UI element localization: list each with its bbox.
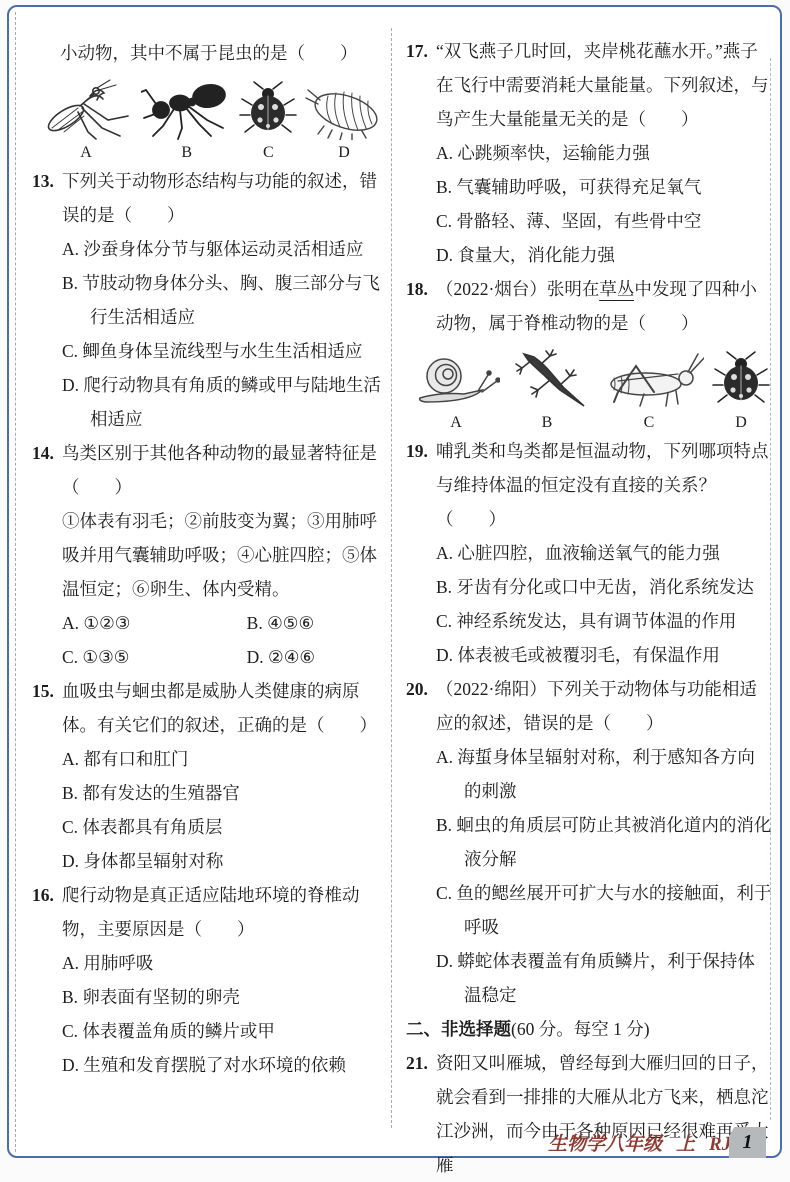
question-number: 17. <box>406 34 436 272</box>
option-c: C. 体表覆盖角质的鳞片或甲 <box>62 1014 386 1048</box>
option-a: A. 心脏四腔，血液输送氧气的能力强 <box>436 536 772 570</box>
figure-label: A <box>38 142 134 164</box>
option-b: B. ④⑤⑥ <box>247 606 386 640</box>
option-c: C. 骨骼轻、薄、坚固，有些骨中空 <box>436 204 772 238</box>
question-number: 19. <box>406 434 436 672</box>
question-stem: 爬行动物是真正适应陆地环境的脊椎动物，主要原因是（ ） <box>62 878 386 946</box>
ladybug-image <box>239 80 297 140</box>
option-c: C. 鲫鱼身体呈流线型与水生生活相适应 <box>62 334 386 368</box>
question-number: 18. <box>406 272 436 340</box>
option-a: A. ①②③ <box>62 606 247 640</box>
option-d: D. ②④⑥ <box>247 640 386 674</box>
option-a: A. 海蜇身体呈辐射对称，利于感知各方向的刺激 <box>436 740 772 808</box>
section-title: 二、非选择题 <box>406 1019 511 1039</box>
gecko-image <box>508 348 586 410</box>
question-stem: 鸟类区别于其他各种动物的最显著特征是（ ） <box>62 436 386 504</box>
page-number: 1 <box>743 1131 753 1153</box>
question-16: 16. 爬行动物是真正适应陆地环境的脊椎动物，主要原因是（ ） A. 用肺呼吸 … <box>32 878 386 1082</box>
question-number: 15. <box>32 674 62 878</box>
question-14: 14. 鸟类区别于其他各种动物的最显著特征是（ ） ①体表有羽毛；②前肢变为翼；… <box>32 436 386 674</box>
question-stem: 下列关于动物形态结构与功能的叙述，错误的是（ ） <box>62 164 386 232</box>
ladybug-image <box>712 350 770 410</box>
figure-woodlouse: D <box>304 82 384 164</box>
question-number: 16. <box>32 878 62 1082</box>
option-c: C. 神经系统发达，具有调节体温的作用 <box>436 604 772 638</box>
grasshopper-image <box>594 350 704 410</box>
mantis-image <box>38 78 134 140</box>
option-b: B. 节肢动物身体分头、胸、腹三部分与飞行生活相适应 <box>62 266 386 334</box>
question-stem: 哺乳类和鸟类都是恒温动物，下列哪项特点与维持体温的恒定没有直接的关系？（ ） <box>436 434 772 536</box>
figure-label: B <box>141 142 233 164</box>
footer-book-info: 生物学八年级上RJ <box>548 1129 745 1156</box>
underlined-term: 草丛 <box>599 279 634 301</box>
option-a: A. 用肺呼吸 <box>62 946 386 980</box>
footer-volume: 上 <box>676 1134 695 1155</box>
option-b: B. 蛔虫的角质层可防止其被消化道内的消化液分解 <box>436 808 772 876</box>
option-d: D. 体表被毛或被覆羽毛，有保温作用 <box>436 638 772 672</box>
question-stem: （2022·烟台）张明在草丛中发现了四种小动物，属于脊椎动物的是（ ） <box>436 272 772 340</box>
question-13: 13. 下列关于动物形态结构与功能的叙述，错误的是（ ） A. 沙蚕身体分节与躯… <box>32 164 386 436</box>
options-grid: A. ①②③ B. ④⑤⑥ C. ①③⑤ D. ②④⑥ <box>62 606 386 674</box>
option-a: A. 心跳频率快，运输能力强 <box>436 136 772 170</box>
option-d: D. 蟒蛇体表覆盖有角质鳞片，利于保持体温稳定 <box>436 944 772 1012</box>
figure-ladybug: C <box>239 80 297 164</box>
option-d: D. 身体都呈辐射对称 <box>62 844 386 878</box>
snail-image <box>412 348 500 410</box>
option-b: B. 气囊辅助呼吸，可获得充足氧气 <box>436 170 772 204</box>
question-number: 21. <box>406 1046 436 1165</box>
figure-label: A <box>412 412 500 434</box>
question-15: 15. 血吸虫与蛔虫都是威胁人类健康的病原体。有关它们的叙述，正确的是（ ） A… <box>32 674 386 878</box>
column-divider-line <box>391 28 392 1128</box>
question-number: 20. <box>406 672 436 1012</box>
woodlouse-image <box>304 82 384 140</box>
figure-label: B <box>508 412 586 434</box>
option-d: D. 爬行动物具有角质的鳞或甲与陆地生活相适应 <box>62 368 386 436</box>
figure-grasshopper: C <box>594 350 704 434</box>
option-d: D. 食量大，消化能力强 <box>436 238 772 272</box>
insect-figures-row: A B <box>32 70 386 164</box>
option-a: A. 沙蚕身体分节与躯体运动灵活相适应 <box>62 232 386 266</box>
figure-gecko: B <box>508 348 586 434</box>
option-b: B. 牙齿有分化或口中无齿，消化系统发达 <box>436 570 772 604</box>
question-17: 17. “双飞燕子几时回，夹岸桃花蘸水开。”燕子在飞行中需要消耗大量能量。下列叙… <box>406 34 772 272</box>
question-stem: 血吸虫与蛔虫都是威胁人类健康的病原体。有关它们的叙述，正确的是（ ） <box>62 674 386 742</box>
animal-figures-row: A B <box>406 340 772 434</box>
option-d: D. 生殖和发育摆脱了对水环境的依赖 <box>62 1048 386 1082</box>
question-18: 18. （2022·烟台）张明在草丛中发现了四种小动物，属于脊椎动物的是（ ） <box>406 272 772 340</box>
option-b: B. 都有发达的生殖器官 <box>62 776 386 810</box>
question-sub-stem: ①体表有羽毛；②前肢变为翼；③用肺呼吸并用气囊辅助呼吸；④心脏四腔；⑤体温恒定；… <box>62 504 386 606</box>
option-c: C. 体表都具有角质层 <box>62 810 386 844</box>
option-b: B. 卵表面有坚韧的卵壳 <box>62 980 386 1014</box>
stem-text: （2022·烟台）张明在 <box>436 279 599 299</box>
question-12-continuation: 小动物，其中不属于昆虫的是（ ） <box>60 36 386 70</box>
figure-mantis: A <box>38 78 134 164</box>
option-c: C. ①③⑤ <box>62 640 247 674</box>
question-number: 14. <box>32 436 62 674</box>
left-column: 小动物，其中不属于昆虫的是（ ） A <box>32 36 386 1082</box>
figure-label: C <box>239 142 297 164</box>
question-stem: “双飞燕子几时回，夹岸桃花蘸水开。”燕子在飞行中需要消耗大量能量。下列叙述，与鸟… <box>436 34 772 136</box>
figure-label: C <box>594 412 704 434</box>
figure-ladybug-2: D <box>712 350 770 434</box>
section-heading: 二、非选择题(60 分。每空 1 分) <box>406 1012 772 1046</box>
question-stem: （2022·绵阳）下列关于动物体与功能相适应的叙述，错误的是（ ） <box>436 672 772 740</box>
page-number-box: 1 <box>729 1127 766 1158</box>
figure-label: D <box>712 412 770 434</box>
section-score-note: (60 分。每空 1 分) <box>511 1019 650 1039</box>
question-20: 20. （2022·绵阳）下列关于动物体与功能相适应的叙述，错误的是（ ） A.… <box>406 672 772 1012</box>
figure-ant: B <box>141 78 233 164</box>
question-19: 19. 哺乳类和鸟类都是恒温动物，下列哪项特点与维持体温的恒定没有直接的关系？（… <box>406 434 772 672</box>
perforation-line-left <box>15 12 16 1152</box>
figure-label: D <box>304 142 384 164</box>
right-column: 17. “双飞燕子几时回，夹岸桃花蘸水开。”燕子在飞行中需要消耗大量能量。下列叙… <box>406 34 772 1165</box>
question-number: 13. <box>32 164 62 436</box>
figure-snail: A <box>412 348 500 434</box>
footer-edition: RJ <box>709 1134 731 1155</box>
option-c: C. 鱼的鳃丝展开可扩大与水的接触面，利于呼吸 <box>436 876 772 944</box>
ant-image <box>141 78 233 140</box>
footer-book-title: 生物学八年级 <box>548 1134 662 1155</box>
option-a: A. 都有口和肛门 <box>62 742 386 776</box>
